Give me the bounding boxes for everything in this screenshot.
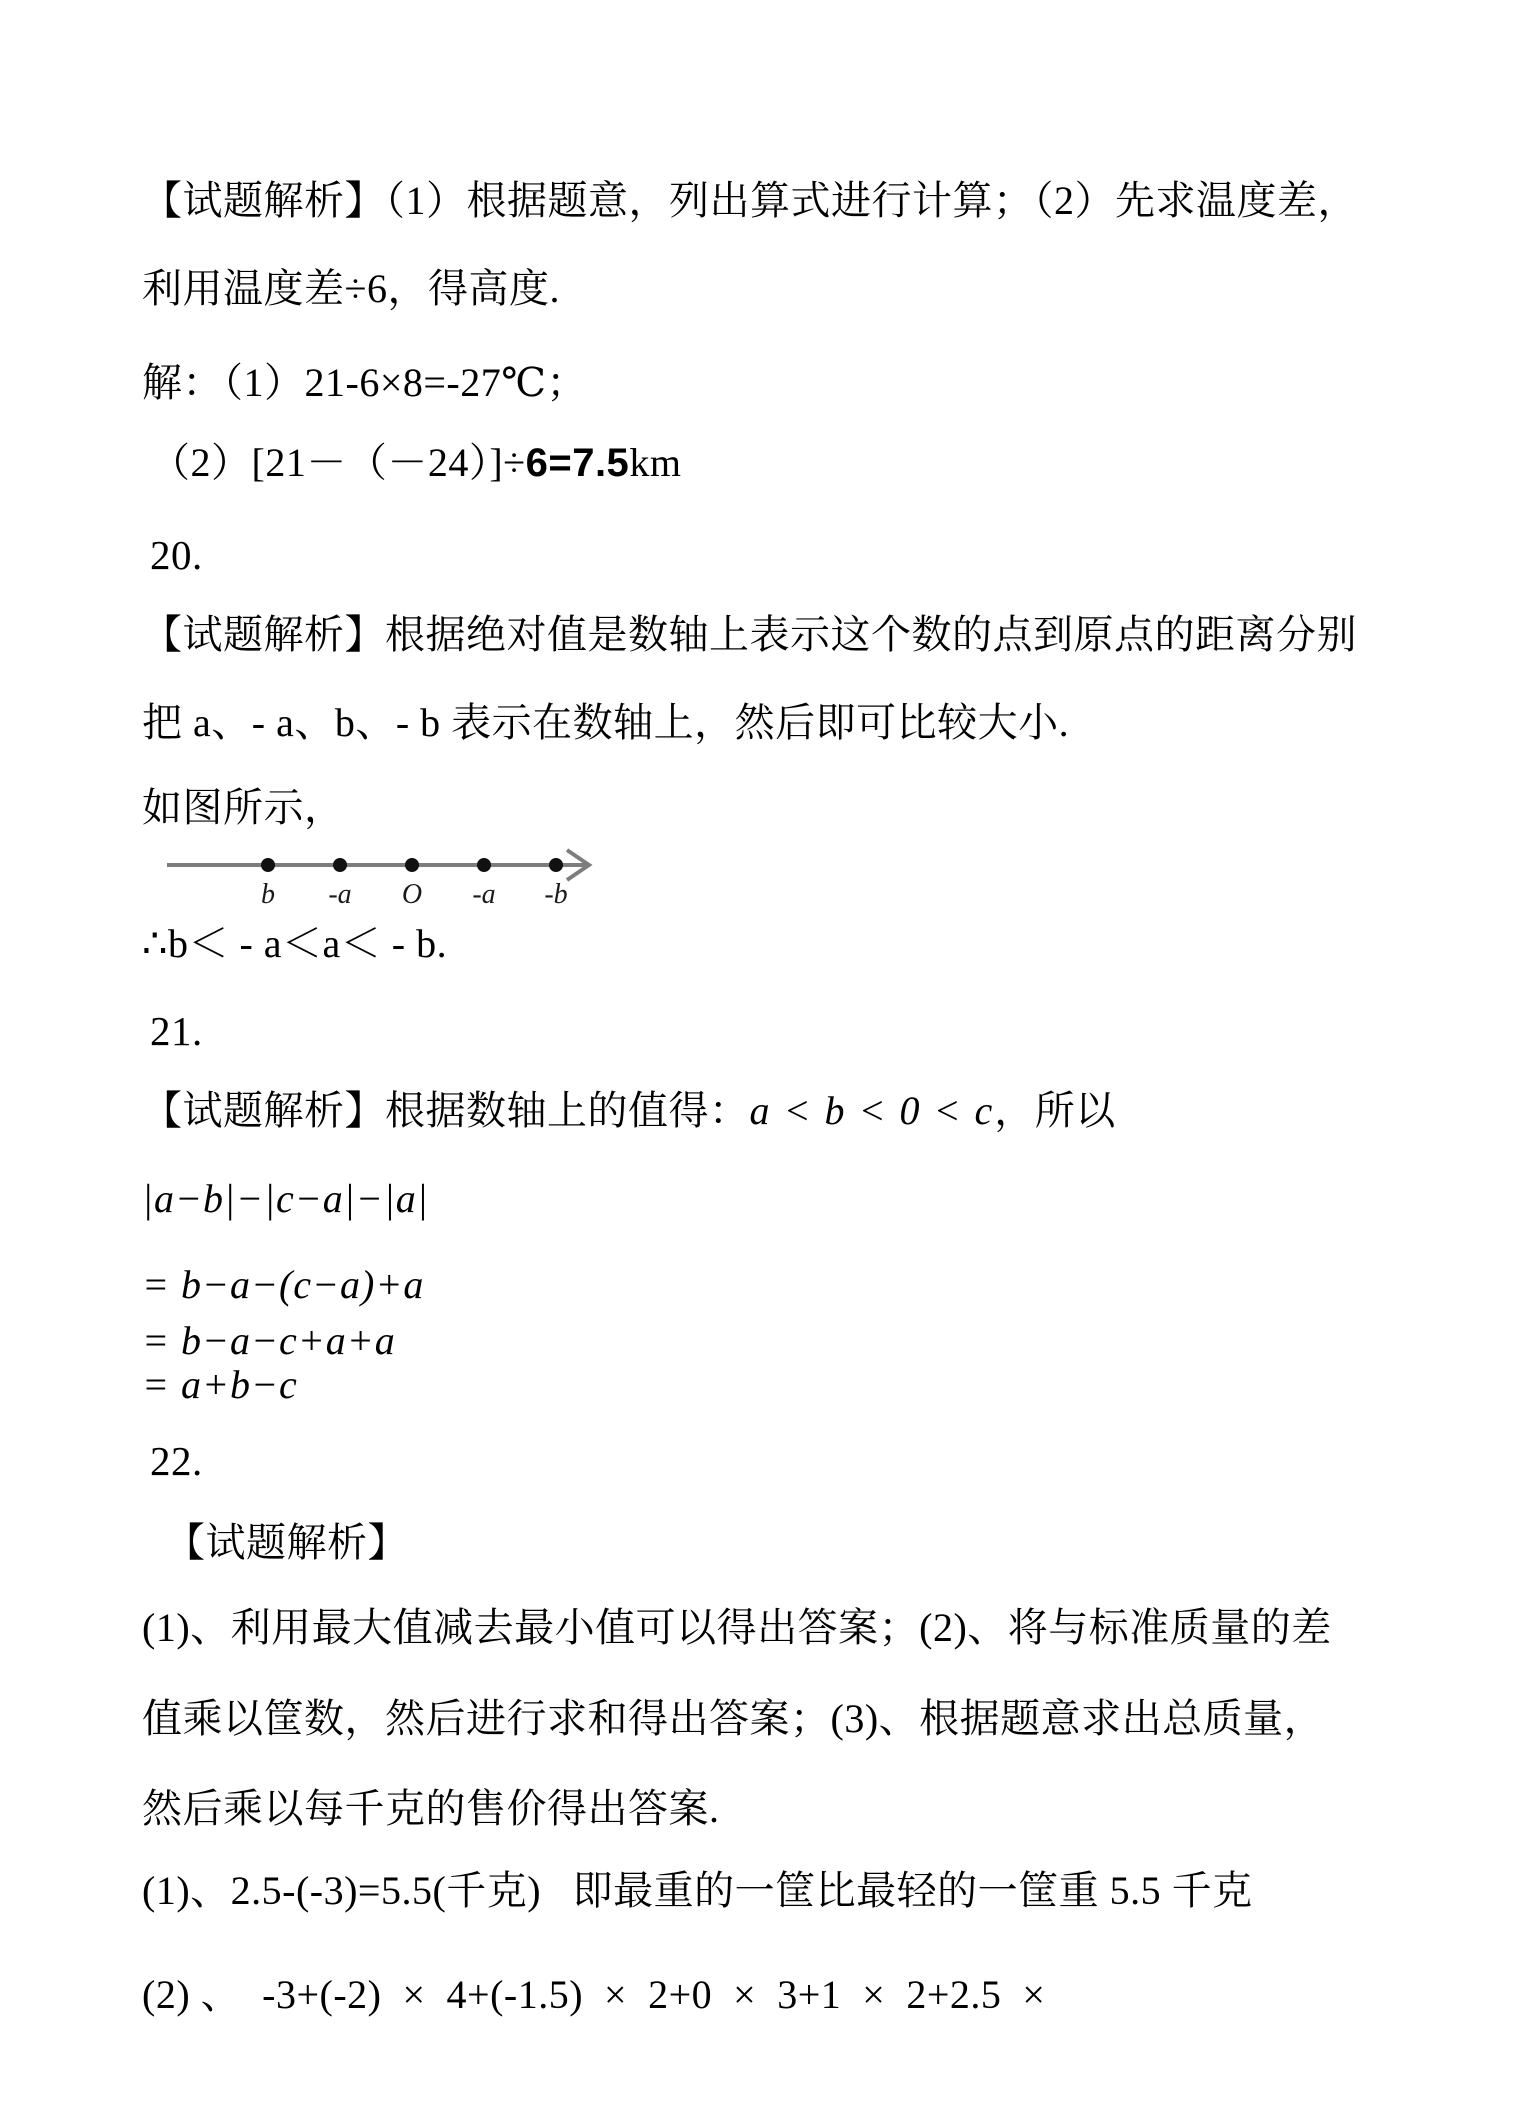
p21-analysis-post: ，所以 [994,1088,1116,1133]
p21-number: 21. [150,1008,203,1055]
numberline-point-neg-a-left [333,858,347,872]
p21-analysis-line: 【试题解析】根据数轴上的值得：a < b < 0 < c，所以 [142,1088,1116,1134]
numberline-label-b: b [261,879,275,910]
p22-header: 【试题解析】 [165,1520,408,1566]
p21-step2: = b−a−c+a+a [142,1318,396,1364]
p19-analysis-line2: 利用温度差÷6，得高度. [142,266,560,312]
p21-expression: |a−b|−|c−a|−|a| [142,1176,429,1222]
numberline-svg: b -a O -a -b [163,843,613,913]
p19-solution-line2-pre: （2）[21－（－24）]÷ [150,440,526,485]
p22-para-line1: (1)、利用最大值减去最小值可以得出答案；(2)、将与标准质量的差 [142,1605,1332,1651]
numberline-label-origin: O [402,879,422,910]
p21-analysis-pre: 【试题解析】根据数轴上的值得： [142,1088,750,1133]
numberline-point-neg-a-right [477,858,491,872]
p21-analysis-inequality: a < b < 0 < c [750,1088,995,1133]
document-page: 【试题解析】（1）根据题意，列出算式进行计算；（2）先求温度差， 利用温度差÷6… [0,0,1536,2127]
p19-solution-line2-unit: km [629,440,681,485]
numberline-label-neg-a-left: -a [328,879,351,910]
numberline-point-origin [405,858,419,872]
p19-solution-line2-result: 6=7.5 [526,441,630,485]
p21-step3: = a+b−c [142,1362,298,1408]
p21-step1: = b−a−(c−a)+a [142,1262,424,1308]
p19-solution-line2: （2）[21－（－24）]÷6=7.5km [150,440,681,486]
numberline-figure: b -a O -a -b [163,843,613,913]
p20-conclusion: ∴b＜ - a＜a＜ - b. [142,921,447,967]
p20-analysis-line1: 【试题解析】根据绝对值是数轴上表示这个数的点到原点的距离分别 [142,612,1357,658]
numberline-label-neg-b: -b [544,879,567,910]
p20-analysis-line2: 把 a、- a、b、- b 表示在数轴上，然后即可比较大小. [142,700,1069,746]
p22-answer2: (2) 、 -3+(-2) × 4+(-1.5) × 2+0 × 3+1 × 2… [142,1972,1045,2018]
p22-para-line3: 然后乘以每千克的售价得出答案. [142,1786,720,1832]
p19-solution-line1: 解：（1）21-6×8=-27℃； [142,360,587,406]
p20-figure-intro: 如图所示， [142,785,345,831]
numberline-label-neg-a-right: -a [472,879,495,910]
p22-number: 22. [150,1438,203,1485]
p20-number: 20. [150,532,203,579]
numberline-point-b [261,858,275,872]
p19-analysis-line1: 【试题解析】（1）根据题意，列出算式进行计算；（2）先求温度差， [142,178,1358,224]
p22-para-line2: 值乘以筐数，然后进行求和得出答案；(3)、根据题意求出总质量， [142,1696,1324,1742]
numberline-point-neg-b [549,858,563,872]
p22-answer1: (1)、2.5-(-3)=5.5(千克) 即最重的一筐比最轻的一筐重 5.5 千… [142,1868,1253,1914]
